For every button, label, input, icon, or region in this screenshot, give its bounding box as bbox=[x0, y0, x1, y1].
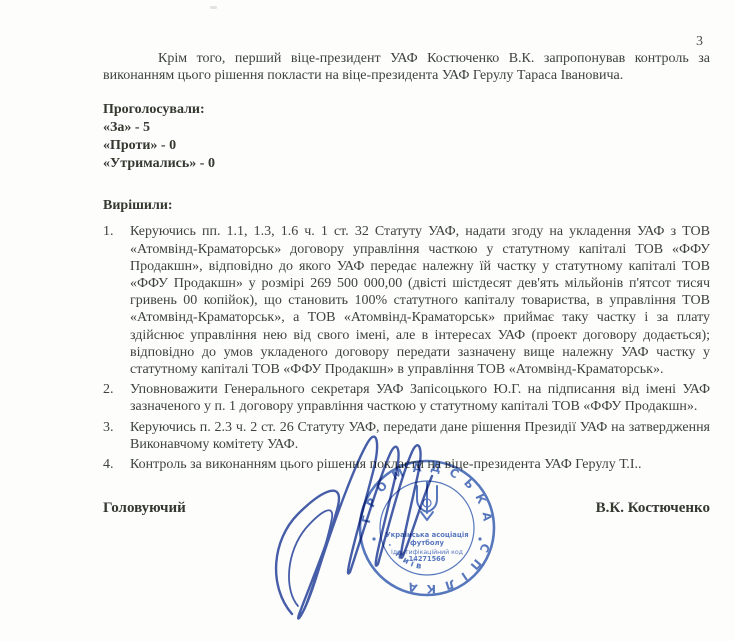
list-number: 2. bbox=[103, 381, 130, 415]
vote-result-for: «За» - 5 bbox=[103, 119, 710, 137]
resolution-item-2: 2. Уповноважити Генерального секретаря У… bbox=[103, 381, 710, 415]
intro-paragraph: Крім того, перший віце-президент УАФ Кос… bbox=[103, 50, 710, 84]
list-number: 3. bbox=[103, 419, 130, 453]
document-page: 3 Крім того, перший віце-президент УАФ К… bbox=[0, 0, 735, 641]
chairman-label: Головуючий bbox=[103, 500, 186, 517]
scan-artifact bbox=[210, 6, 217, 9]
resolution-text: Уповноважити Генерального секретаря УАФ … bbox=[130, 381, 710, 415]
vote-result-abstained: «Утримались» - 0 bbox=[103, 155, 710, 173]
vote-result-against: «Проти» - 0 bbox=[103, 137, 710, 155]
voting-heading: Проголосували: bbox=[103, 101, 710, 119]
handwritten-signature bbox=[262, 418, 507, 633]
signature-stroke bbox=[276, 437, 432, 619]
resolution-item-1: 1. Керуючись пп. 1.1, 1.3, 1.6 ч. 1 ст. … bbox=[103, 223, 710, 378]
chairman-name: В.К. Костюченко bbox=[596, 500, 710, 517]
page-number: 3 bbox=[696, 34, 703, 50]
resolution-text: Керуючись пп. 1.1, 1.3, 1.6 ч. 1 ст. 32 … bbox=[130, 223, 710, 378]
list-number: 1. bbox=[103, 223, 130, 378]
list-number: 4. bbox=[103, 456, 130, 473]
voting-block: Проголосували: «За» - 5 «Проти» - 0 «Утр… bbox=[103, 101, 710, 173]
resolutions-heading: Вирішили: bbox=[103, 198, 710, 214]
